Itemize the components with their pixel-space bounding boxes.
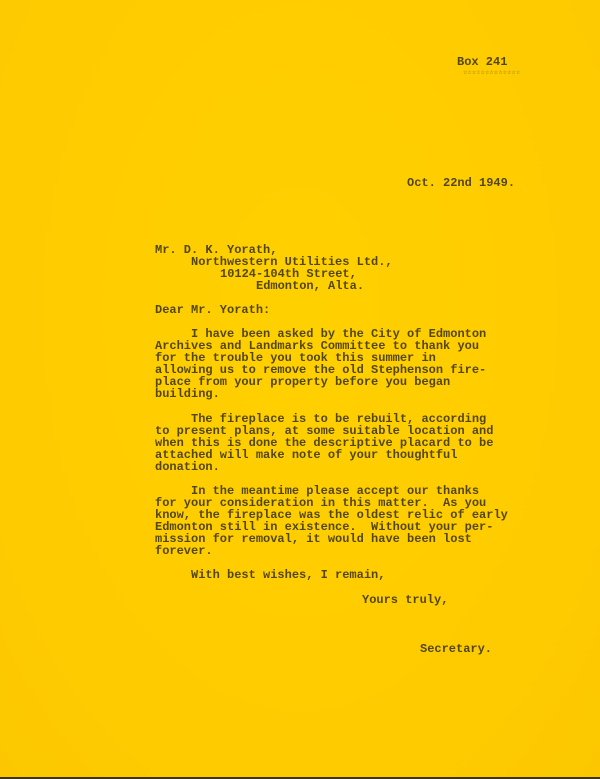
letter-date: Oct. 22nd 1949. [407, 177, 515, 189]
closing-line: With best wishes, I remain, [191, 569, 385, 581]
paragraph-line: building. [155, 388, 220, 400]
signature-title: Secretary. [420, 643, 492, 655]
address-line-city: Edmonton, Alta. [256, 280, 364, 292]
box-label: Box 241 [457, 56, 507, 68]
paragraph-line: forever. [155, 545, 213, 557]
salutation: Dear Mr. Yorath: [155, 304, 270, 316]
complimentary-close: Yours truly, [362, 594, 448, 606]
box-label-underline: ☆☆☆☆☆☆☆☆☆☆☆☆☆ [463, 69, 520, 77]
letter-page: Box 241 ☆☆☆☆☆☆☆☆☆☆☆☆☆ Oct. 22nd 1949. Mr… [0, 0, 600, 777]
paragraph-line: donation. [155, 461, 220, 473]
